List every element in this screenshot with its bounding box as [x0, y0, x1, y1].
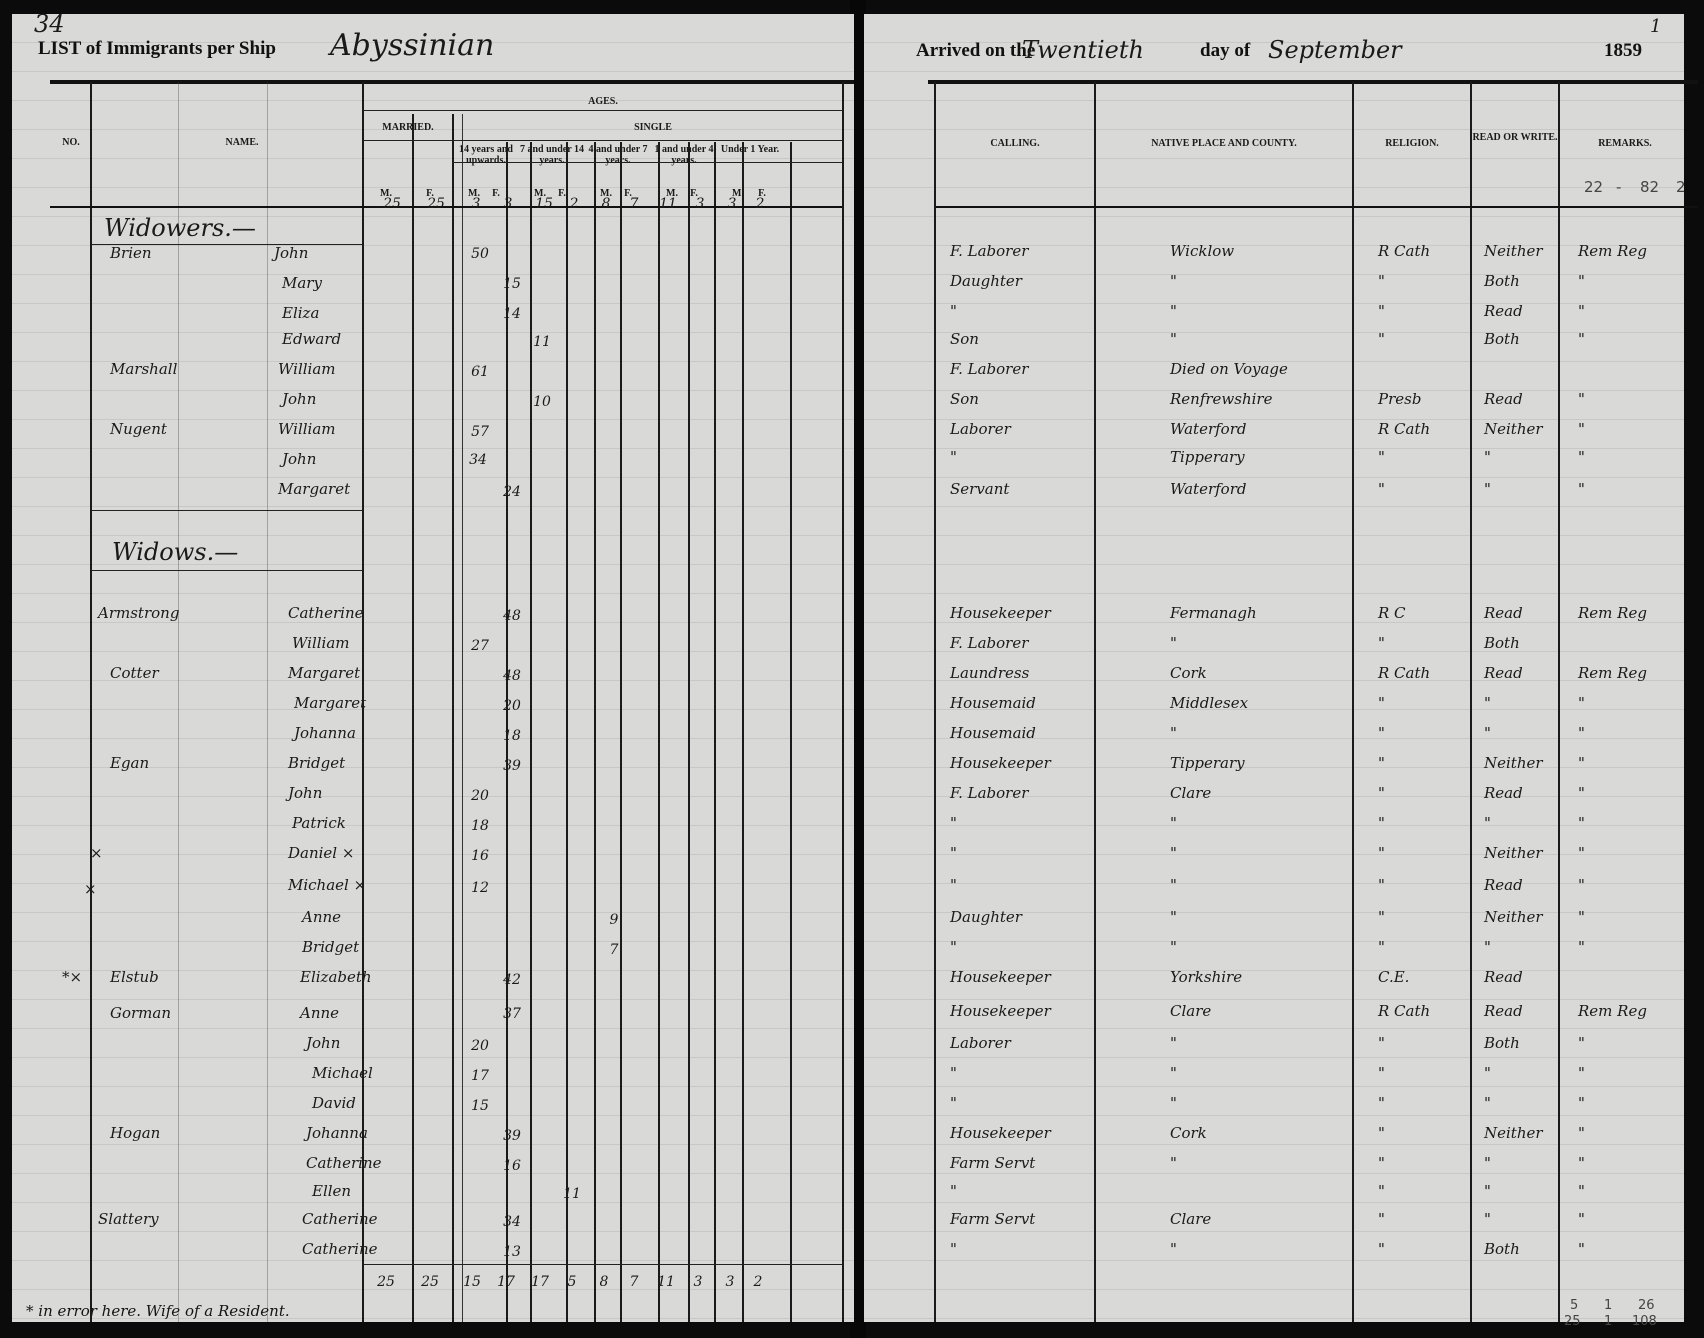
calling-cell: Housemaid	[950, 694, 1036, 712]
native-place-cell: "	[1170, 272, 1177, 290]
calling-cell: Laundress	[950, 664, 1029, 682]
section-separator	[92, 510, 362, 511]
calling-cell: Housekeeper	[950, 604, 1051, 622]
religion-cell: "	[1378, 448, 1385, 466]
remarks-cell: "	[1578, 390, 1585, 408]
calling-cell: Housemaid	[950, 724, 1036, 742]
age: 12	[460, 880, 500, 896]
native-place-cell: "	[1170, 814, 1177, 832]
native-place-cell: Waterford	[1170, 480, 1247, 498]
age-divider	[594, 142, 596, 1322]
calling-cell: Housekeeper	[950, 754, 1051, 772]
religion-cell: "	[1378, 634, 1385, 652]
header-age-under-1: Under 1 Year.	[718, 144, 782, 155]
native-place-cell: Fermanagh	[1170, 604, 1257, 622]
tally-value: -	[1616, 178, 1621, 196]
remarks-cell: "	[1578, 876, 1585, 894]
remarks-cell: "	[1578, 908, 1585, 926]
surname: Marshall	[110, 360, 177, 378]
calling-cell: Daughter	[950, 908, 1022, 926]
read-write-cell: Both	[1484, 1034, 1520, 1052]
read-write-cell: Read	[1484, 604, 1523, 622]
native-place-cell: Clare	[1170, 1002, 1211, 1020]
remarks-cell: "	[1578, 1034, 1585, 1052]
read-write-divider	[1558, 82, 1560, 1322]
given-name: William	[278, 420, 336, 438]
religion-cell: "	[1378, 908, 1385, 926]
given-name: Catherine	[302, 1240, 378, 1258]
native-place-cell: "	[1170, 1240, 1177, 1258]
calling-cell: Housekeeper	[950, 1002, 1051, 1020]
read-write-cell: "	[1484, 1094, 1491, 1112]
age: 13	[492, 1244, 532, 1260]
read-write-cell: "	[1484, 448, 1491, 466]
age: 16	[460, 848, 500, 864]
given-name: Anne	[300, 1004, 339, 1022]
tally-value: 26	[1638, 1298, 1655, 1313]
religion-cell: "	[1378, 876, 1385, 894]
surname: Egan	[110, 754, 149, 772]
native-place-cell: Wicklow	[1170, 242, 1234, 260]
religion-cell: R C	[1378, 604, 1406, 622]
footnote: * in error here. Wife of a Resident.	[26, 1302, 290, 1320]
read-write-cell: Neither	[1484, 754, 1543, 772]
section-heading-widows: Widows.—	[112, 538, 238, 566]
native-place-cell: "	[1170, 844, 1177, 862]
cf-married-m: 25	[372, 196, 412, 212]
tally-value: 108	[1632, 1314, 1657, 1329]
given-name: Patrick	[292, 814, 346, 832]
calling-cell: Housekeeper	[950, 968, 1051, 986]
read-write-cell: Read	[1484, 876, 1523, 894]
remarks-cell: Rem Reg	[1578, 242, 1647, 260]
religion-cell: "	[1378, 814, 1385, 832]
read-write-cell: "	[1484, 694, 1491, 712]
read-write-cell: Both	[1484, 330, 1520, 348]
native-place-cell: Cork	[1170, 1124, 1207, 1142]
religion-cell: R Cath	[1378, 1002, 1430, 1020]
remarks-cell: "	[1578, 448, 1585, 466]
read-write-cell: Read	[1484, 968, 1523, 986]
religion-cell: "	[1378, 302, 1385, 320]
religion-cell: "	[1378, 784, 1385, 802]
remarks-cell: "	[1578, 1154, 1585, 1172]
read-write-cell: "	[1484, 814, 1491, 832]
remarks-cell: Rem Reg	[1578, 664, 1647, 682]
calling-cell: Housekeeper	[950, 1124, 1051, 1142]
tally-value: 5	[1570, 1298, 1578, 1313]
native-place-cell: Tipperary	[1170, 754, 1245, 772]
calling-cell: "	[950, 1094, 957, 1112]
age: 7	[594, 942, 634, 958]
given-name: John	[274, 244, 308, 262]
total-under1-f: 2	[738, 1274, 778, 1290]
read-write-cell: Neither	[1484, 908, 1543, 926]
remarks-cell: "	[1578, 1064, 1585, 1082]
religion-cell: "	[1378, 1210, 1385, 1228]
religion-cell: "	[1378, 1034, 1385, 1052]
religion-cell: "	[1378, 272, 1385, 290]
read-write-cell: Read	[1484, 784, 1523, 802]
header-read-write: READ OR WRITE.	[1472, 132, 1558, 143]
given-name: Edward	[282, 330, 341, 348]
header-single: SINGLE	[464, 122, 842, 133]
header-no: NO.	[52, 137, 90, 148]
calling-cell: "	[950, 302, 957, 320]
header-name: NAME.	[182, 137, 302, 148]
top-rule	[50, 80, 854, 84]
age: 10	[522, 394, 562, 410]
error-mark: *×	[62, 968, 82, 986]
tally-value: 82	[1640, 178, 1659, 196]
remarks-cell: "	[1578, 724, 1585, 742]
calling-cell: "	[950, 844, 957, 862]
religion-cell: "	[1378, 1154, 1385, 1172]
age-divider	[714, 142, 716, 1322]
native-place-cell: "	[1170, 876, 1177, 894]
read-write-cell: "	[1484, 1154, 1491, 1172]
age: 9	[594, 912, 634, 928]
left-page: 34 LIST of Immigrants per Ship Abyssinia…	[12, 14, 854, 1322]
age-divider	[620, 142, 622, 1322]
age: 34	[492, 1214, 532, 1230]
error-mark: ×	[90, 844, 103, 862]
remarks-cell: "	[1578, 1094, 1585, 1112]
year: 1859	[1604, 40, 1642, 62]
calling-cell: "	[950, 1064, 957, 1082]
surname: Gorman	[110, 1004, 171, 1022]
religion-cell: "	[1378, 694, 1385, 712]
native-place-cell: Clare	[1170, 1210, 1211, 1228]
age: 61	[460, 364, 500, 380]
total-married-m: 25	[366, 1274, 406, 1290]
age: 20	[460, 1038, 500, 1054]
given-name: Daniel ×	[288, 844, 354, 862]
read-write-cell: Neither	[1484, 242, 1543, 260]
age: 48	[492, 668, 532, 684]
read-write-cell: "	[1484, 1210, 1491, 1228]
age-divider	[742, 142, 744, 1322]
remarks-cell: "	[1578, 844, 1585, 862]
age-divider	[688, 142, 690, 1322]
given-name: John	[288, 784, 322, 802]
no-column-divider	[90, 82, 92, 1322]
surname: Brien	[110, 244, 152, 262]
ship-name: Abyssinian	[330, 28, 494, 63]
remarks-cell: Rem Reg	[1578, 604, 1647, 622]
read-write-cell: "	[1484, 1182, 1491, 1200]
remarks-cell: "	[1578, 784, 1585, 802]
right-page: Arrived on the Twentieth day of Septembe…	[864, 14, 1684, 1322]
top-rule	[928, 80, 1698, 84]
native-place-cell: "	[1170, 1094, 1177, 1112]
age: 15	[460, 1098, 500, 1114]
surname: Hogan	[110, 1124, 160, 1142]
age-divider	[566, 142, 568, 1322]
given-name: Eliza	[282, 304, 319, 322]
religion-cell: "	[1378, 1240, 1385, 1258]
given-name: John	[282, 390, 316, 408]
list-title: LIST of Immigrants per Ship	[38, 38, 276, 60]
religion-cell: C.E.	[1378, 968, 1409, 986]
tally-value: 22	[1584, 178, 1603, 196]
day-of-label: day of	[1200, 40, 1250, 62]
header-remarks: REMARKS.	[1560, 138, 1690, 149]
calling-left-border	[934, 82, 936, 1322]
native-place-cell: "	[1170, 1154, 1177, 1172]
age-divider	[790, 142, 792, 1322]
given-name: John	[282, 450, 316, 468]
native-place-cell: "	[1170, 724, 1177, 742]
remarks-cell: Rem Reg	[1578, 1002, 1647, 1020]
given-name: Catherine	[288, 604, 364, 622]
read-write-cell: Neither	[1484, 844, 1543, 862]
header-bottom-rule	[936, 206, 1698, 208]
cf-under1-f: 2	[740, 196, 780, 212]
remarks-cell: "	[1578, 272, 1585, 290]
given-name: Mary	[282, 274, 322, 292]
native-place-cell: Yorkshire	[1170, 968, 1242, 986]
native-place-cell: Clare	[1170, 784, 1211, 802]
age: 50	[460, 246, 500, 262]
ages-rule	[364, 110, 842, 111]
total-married-f: 25	[410, 1274, 450, 1290]
remarks-cell: "	[1578, 480, 1585, 498]
age: 15	[492, 276, 532, 292]
calling-cell: Son	[950, 390, 979, 408]
header-ages: AGES.	[364, 96, 842, 107]
age: 11	[522, 334, 562, 350]
native-place-cell: "	[1170, 938, 1177, 956]
given-name: William	[292, 634, 350, 652]
tally-value: 2	[1676, 178, 1686, 196]
remarks-cell: "	[1578, 1124, 1585, 1142]
age: 24	[492, 484, 532, 500]
cf-married-f: 25	[416, 196, 456, 212]
tally-value: 1	[1604, 1298, 1612, 1313]
ages-right-border	[842, 82, 844, 1322]
faint-divider	[267, 82, 268, 1322]
read-write-cell: Read	[1484, 664, 1523, 682]
age: 39	[492, 758, 532, 774]
calling-cell: "	[950, 876, 957, 894]
religion-cell: "	[1378, 1182, 1385, 1200]
religion-cell: "	[1378, 938, 1385, 956]
calling-cell: F. Laborer	[950, 784, 1028, 802]
given-name: Margaret	[288, 664, 360, 682]
age: 18	[460, 818, 500, 834]
header-age-14-up: 14 years and upwards.	[454, 144, 518, 166]
header-age-4-7: 4 and under 7 years.	[586, 144, 650, 166]
given-name: Bridget	[302, 938, 359, 956]
calling-cell: Daughter	[950, 272, 1022, 290]
calling-cell: Laborer	[950, 420, 1011, 438]
native-place-cell: Cork	[1170, 664, 1207, 682]
cf-14up-f: 3	[488, 196, 528, 212]
tally-value: 1	[1604, 1314, 1612, 1329]
remarks-cell: "	[1578, 302, 1585, 320]
calling-cell: F. Laborer	[950, 634, 1028, 652]
calling-cell: Laborer	[950, 1034, 1011, 1052]
age-divider	[462, 114, 463, 1322]
age: 18	[492, 728, 532, 744]
native-place-cell: Waterford	[1170, 420, 1247, 438]
age: 20	[460, 788, 500, 804]
read-write-cell: "	[1484, 938, 1491, 956]
calling-cell: "	[950, 814, 957, 832]
given-name: Elizabeth	[300, 968, 372, 986]
age: 48	[492, 608, 532, 624]
native-place-cell: "	[1170, 908, 1177, 926]
header-age-7-14: 7 and under 14 years.	[520, 144, 584, 166]
faint-divider	[178, 82, 179, 1322]
religion-cell: "	[1378, 330, 1385, 348]
age-divider	[658, 142, 660, 1322]
religion-divider	[1470, 82, 1472, 1322]
calling-cell: Son	[950, 330, 979, 348]
religion-cell: "	[1378, 724, 1385, 742]
religion-cell: "	[1378, 844, 1385, 862]
age: 27	[460, 638, 500, 654]
arrived-label: Arrived on the	[916, 40, 1035, 62]
given-name: Michael	[312, 1064, 373, 1082]
age-divider	[412, 114, 414, 1322]
religion-cell: "	[1378, 1094, 1385, 1112]
read-write-cell: Both	[1484, 272, 1520, 290]
header-native-place: NATIVE PLACE AND COUNTY.	[1096, 138, 1352, 149]
remarks-cell: "	[1578, 694, 1585, 712]
read-write-cell: "	[1484, 480, 1491, 498]
married-single-rule	[364, 140, 842, 141]
religion-cell: Presb	[1378, 390, 1421, 408]
given-name: Anne	[302, 908, 341, 926]
calling-cell: "	[950, 448, 957, 466]
calling-divider	[1094, 82, 1096, 1322]
native-place-cell: "	[1170, 1034, 1177, 1052]
given-name: William	[278, 360, 336, 378]
given-name: Johanna	[306, 1124, 368, 1142]
age: 16	[492, 1158, 532, 1174]
error-mark: ×	[84, 880, 97, 898]
native-place-cell: Renfrewshire	[1170, 390, 1272, 408]
religion-cell: "	[1378, 754, 1385, 772]
native-place-cell: "	[1170, 330, 1177, 348]
arrival-month: September	[1268, 36, 1402, 64]
given-name: Johanna	[294, 724, 356, 742]
tally-value: 25	[1564, 1314, 1581, 1329]
surname: Armstrong	[98, 604, 179, 622]
remarks-cell: "	[1578, 330, 1585, 348]
totals-rule	[364, 1264, 842, 1265]
native-place-cell: Tipperary	[1170, 448, 1245, 466]
read-write-cell: Neither	[1484, 1124, 1543, 1142]
read-write-cell: Both	[1484, 1240, 1520, 1258]
given-name: John	[306, 1034, 340, 1052]
given-name: David	[312, 1094, 356, 1112]
arrival-day: Twentieth	[1022, 36, 1144, 64]
read-write-cell: Read	[1484, 302, 1523, 320]
surname: Cotter	[110, 664, 159, 682]
age: 37	[492, 1006, 532, 1022]
given-name: Margaret	[278, 480, 350, 498]
given-name: Bridget	[288, 754, 345, 772]
calling-cell: Servant	[950, 480, 1009, 498]
religion-cell: R Cath	[1378, 664, 1430, 682]
religion-cell: "	[1378, 480, 1385, 498]
header-age-1-4: 1 and under 4 years.	[652, 144, 716, 166]
read-write-cell: Read	[1484, 390, 1523, 408]
age: 14	[492, 306, 532, 322]
age-divider	[452, 114, 454, 1322]
surname: Nugent	[110, 420, 167, 438]
calling-cell: Farm Servt	[950, 1210, 1035, 1228]
native-place-cell: "	[1170, 302, 1177, 320]
section-underline	[92, 570, 362, 571]
given-name: Catherine	[306, 1154, 382, 1172]
age: 17	[460, 1068, 500, 1084]
religion-cell: "	[1378, 1064, 1385, 1082]
header-religion: RELIGION.	[1354, 138, 1470, 149]
native-divider	[1352, 82, 1354, 1322]
native-place-cell: "	[1170, 1064, 1177, 1082]
given-name: Margaret	[294, 694, 366, 712]
remarks-cell: "	[1578, 1240, 1585, 1258]
surname: Slattery	[98, 1210, 159, 1228]
age: 34	[458, 452, 498, 468]
given-name: Catherine	[302, 1210, 378, 1228]
remarks-cell: "	[1578, 814, 1585, 832]
age: 20	[492, 698, 532, 714]
calling-cell: "	[950, 1182, 957, 1200]
calling-cell: F. Laborer	[950, 360, 1028, 378]
calling-cell: "	[950, 938, 957, 956]
calling-cell: "	[950, 1240, 957, 1258]
surname: Elstub	[110, 968, 159, 986]
header-married: MARRIED.	[364, 122, 452, 133]
age: 39	[492, 1128, 532, 1144]
native-place-cell: Middlesex	[1170, 694, 1248, 712]
religion-cell: R Cath	[1378, 242, 1430, 260]
native-place-cell: Died on Voyage	[1170, 360, 1288, 378]
read-write-cell: "	[1484, 724, 1491, 742]
age: 57	[460, 424, 500, 440]
remarks-cell: "	[1578, 420, 1585, 438]
read-write-cell: Neither	[1484, 420, 1543, 438]
page-number: 34	[34, 10, 65, 38]
given-name: Michael ×	[288, 876, 366, 894]
read-write-cell: Both	[1484, 634, 1520, 652]
header-calling: CALLING.	[936, 138, 1094, 149]
section-heading-widowers: Widowers.—	[104, 214, 256, 242]
religion-cell: R Cath	[1378, 420, 1430, 438]
calling-cell: Farm Servt	[950, 1154, 1035, 1172]
age: 42	[492, 972, 532, 988]
read-write-cell: Read	[1484, 1002, 1523, 1020]
remarks-cell: "	[1578, 1182, 1585, 1200]
native-place-cell: "	[1170, 634, 1177, 652]
religion-cell: "	[1378, 1124, 1385, 1142]
remarks-cell: "	[1578, 754, 1585, 772]
read-write-cell: "	[1484, 1064, 1491, 1082]
calling-cell: F. Laborer	[950, 242, 1028, 260]
remarks-cell: "	[1578, 1210, 1585, 1228]
given-name: Ellen	[312, 1182, 351, 1200]
age: 11	[552, 1186, 592, 1202]
corner-mark: 1	[1650, 16, 1661, 37]
remarks-cell: "	[1578, 938, 1585, 956]
